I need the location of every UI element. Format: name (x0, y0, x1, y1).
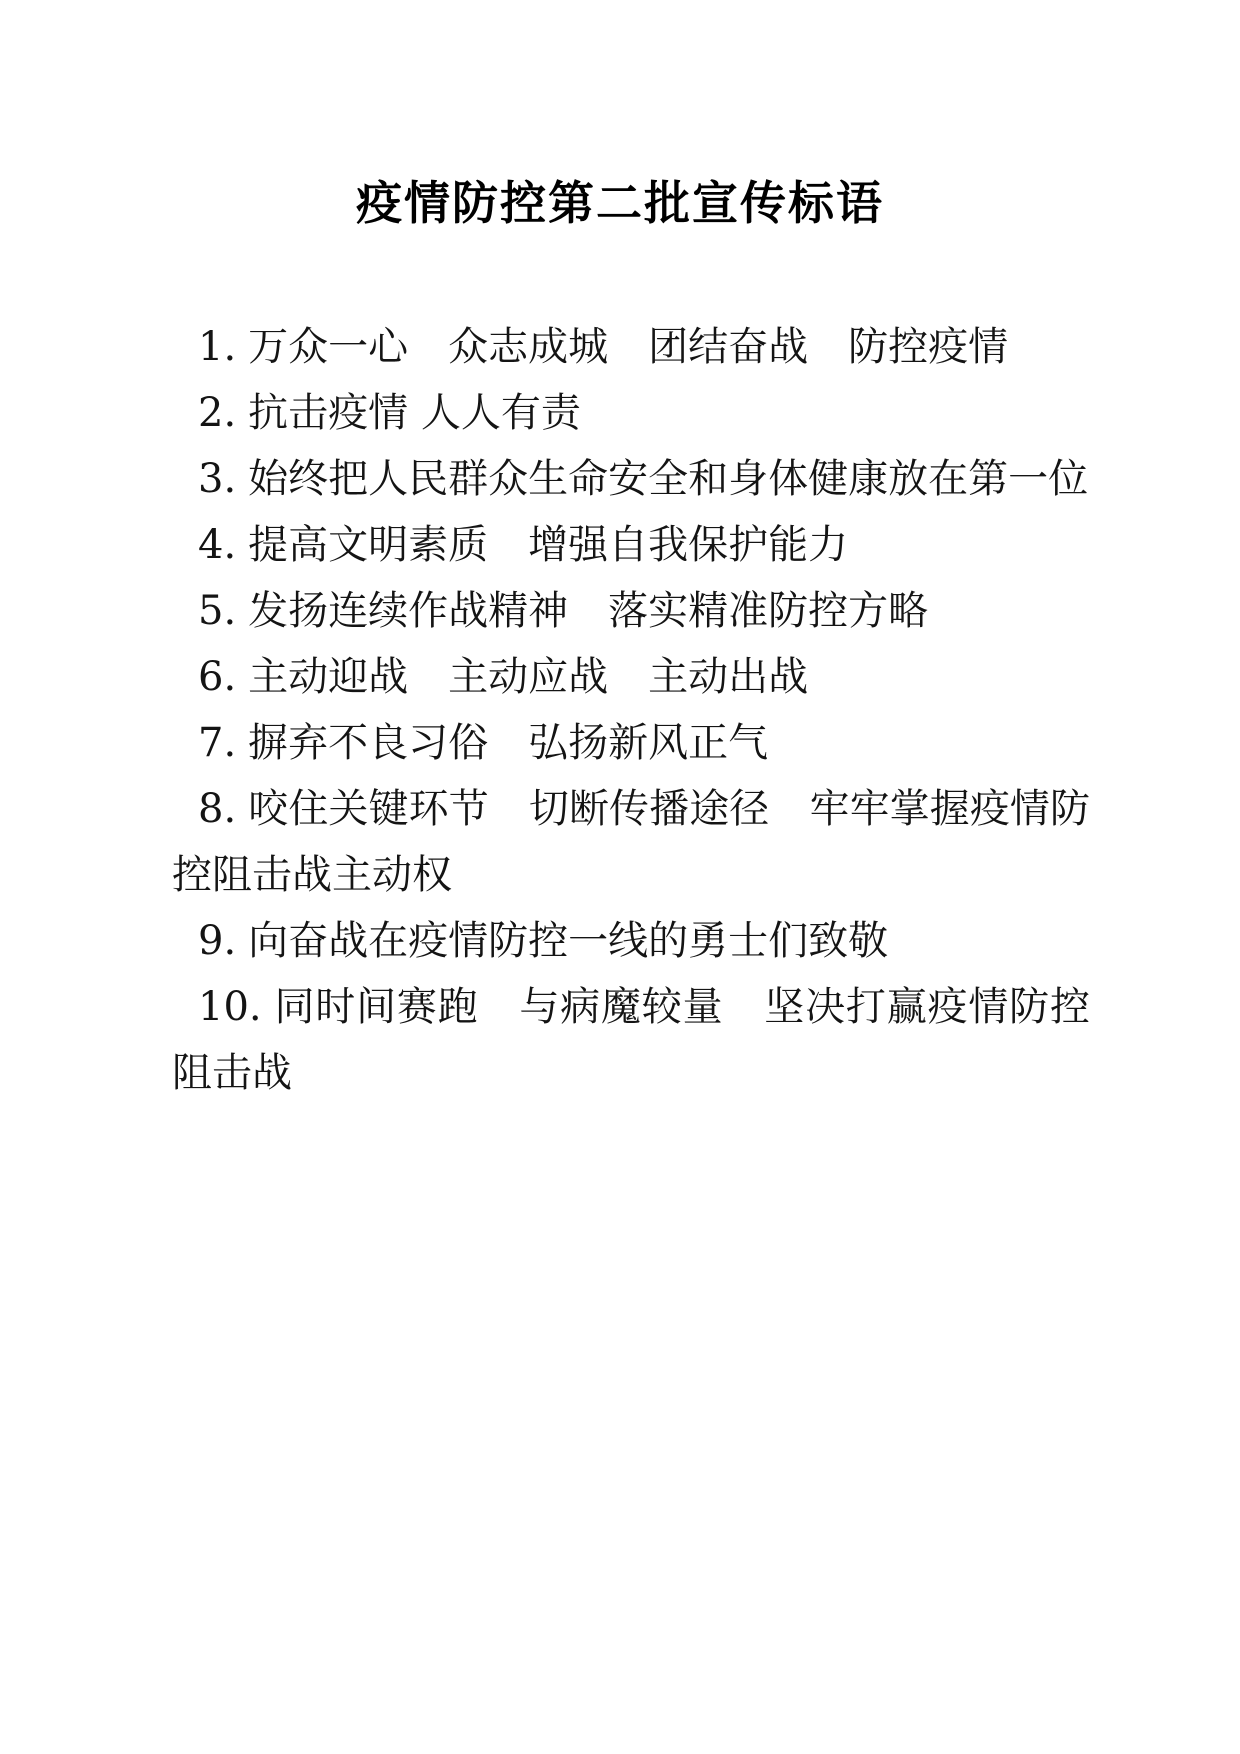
slogan-number: 7. (198, 720, 236, 766)
slogan-text: 摒弃不良习俗 弘扬新风正气 (248, 720, 768, 766)
slogan-text: 提高文明素质 增强自我保护能力 (248, 522, 848, 568)
slogan-item-10: 10.同时间赛跑 与病魔较量 坚决打赢疫情防控阻击战 (172, 974, 1090, 1106)
slogan-number: 8. (198, 786, 236, 832)
slogan-item-8: 8.咬住关键环节 切断传播途径 牢牢掌握疫情防控阻击战主动权 (172, 776, 1090, 908)
slogan-number: 5. (198, 588, 236, 634)
document-title: 疫情防控第二批宣传标语 (0, 0, 1240, 230)
slogan-number: 2. (198, 390, 236, 436)
slogan-item-2: 2.抗击疫情 人人有责 (172, 380, 1090, 446)
document-page: 疫情防控第二批宣传标语 1.万众一心 众志成城 团结奋战 防控疫情 2.抗击疫情… (0, 0, 1240, 1754)
slogan-number: 10. (198, 984, 262, 1030)
slogan-item-1: 1.万众一心 众志成城 团结奋战 防控疫情 (172, 314, 1090, 380)
slogan-text: 抗击疫情 人人有责 (248, 390, 581, 436)
slogan-number: 1. (198, 324, 236, 370)
slogan-number: 4. (198, 522, 236, 568)
slogan-number: 6. (198, 654, 236, 700)
slogan-item-9: 9.向奋战在疫情防控一线的勇士们致敬 (172, 908, 1090, 974)
slogan-list: 1.万众一心 众志成城 团结奋战 防控疫情 2.抗击疫情 人人有责 3.始终把人… (172, 314, 1090, 1106)
slogan-text: 始终把人民群众生命安全和身体健康放在第一位 (248, 456, 1088, 502)
slogan-text: 同时间赛跑 与病魔较量 坚决打赢疫情防控阻击战 (172, 984, 1090, 1096)
slogan-item-6: 6.主动迎战 主动应战 主动出战 (172, 644, 1090, 710)
slogan-item-3: 3.始终把人民群众生命安全和身体健康放在第一位 (172, 446, 1090, 512)
slogan-number: 9. (198, 918, 236, 964)
slogan-item-5: 5.发扬连续作战精神 落实精准防控方略 (172, 578, 1090, 644)
slogan-item-4: 4.提高文明素质 增强自我保护能力 (172, 512, 1090, 578)
slogan-text: 咬住关键环节 切断传播途径 牢牢掌握疫情防控阻击战主动权 (172, 786, 1090, 898)
slogan-number: 3. (198, 456, 236, 502)
slogan-item-7: 7.摒弃不良习俗 弘扬新风正气 (172, 710, 1090, 776)
slogan-text: 向奋战在疫情防控一线的勇士们致敬 (248, 918, 888, 964)
slogan-text: 发扬连续作战精神 落实精准防控方略 (248, 588, 928, 634)
slogan-text: 主动迎战 主动应战 主动出战 (248, 654, 808, 700)
slogan-text: 万众一心 众志成城 团结奋战 防控疫情 (248, 324, 1008, 370)
